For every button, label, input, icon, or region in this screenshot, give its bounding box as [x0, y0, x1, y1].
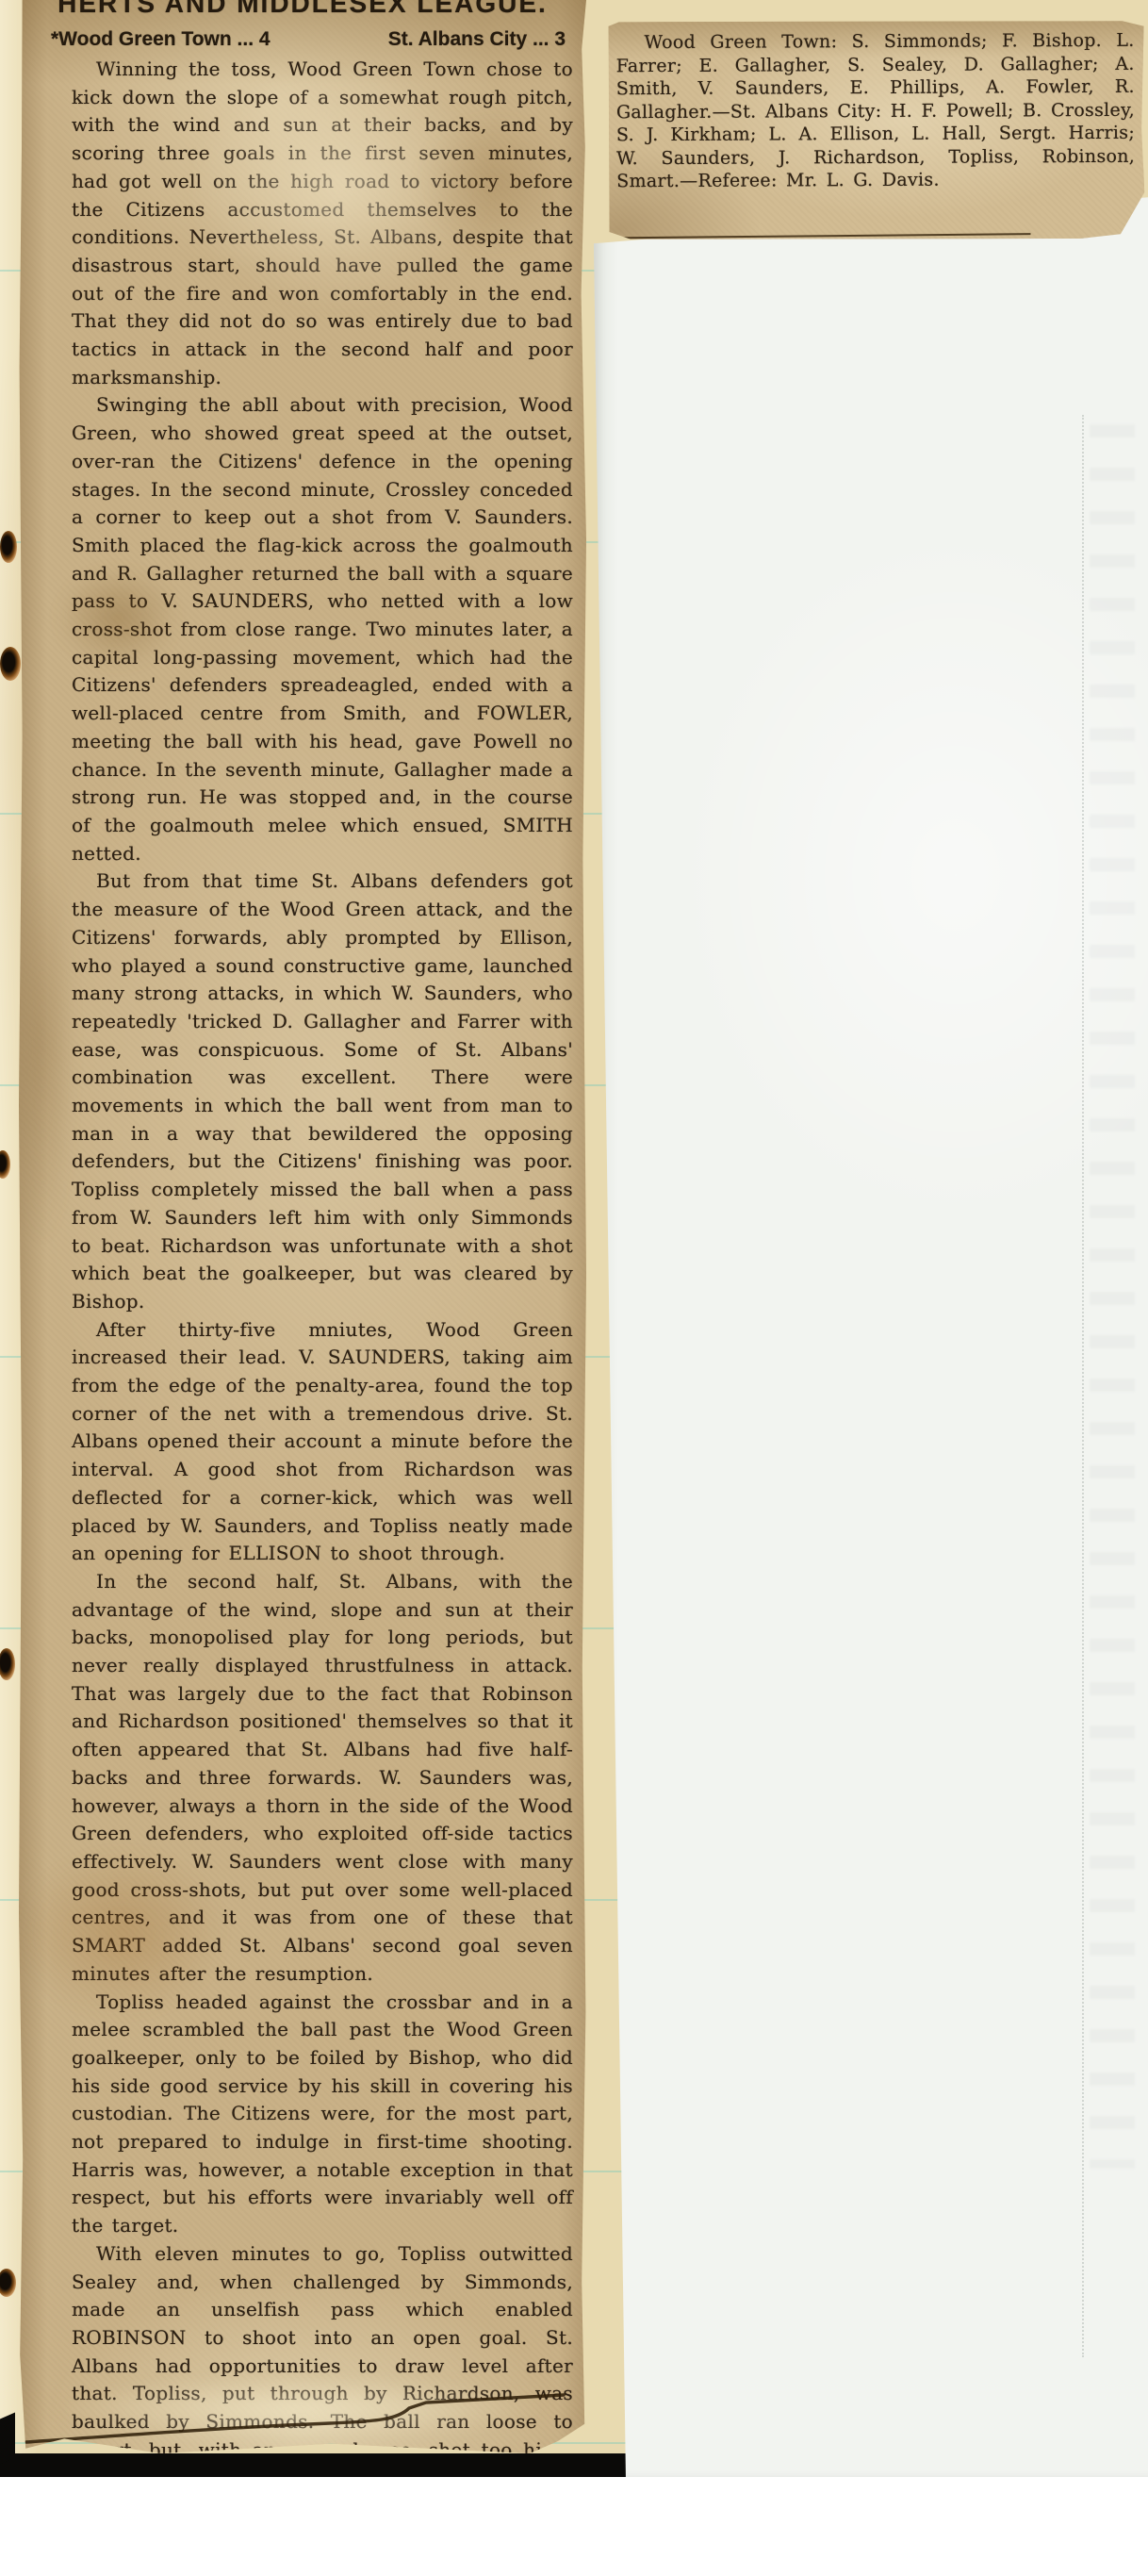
article-paragraph: Topliss headed against the crossbar and … [72, 1989, 573, 2240]
black-backing-band [0, 2453, 630, 2477]
article-paragraph: But from that time St. Albans defenders … [72, 867, 573, 1315]
score-away: St. Albans City ... 3 [388, 26, 566, 53]
match-report-clipping: HERTS AND MIDDLESEX LEAGUE. *Wood Green … [19, 0, 586, 2453]
article-paragraph: Winning the toss, Wood Green Town chose … [72, 56, 573, 391]
show-through-dotted-line [1082, 415, 1084, 2357]
clipping-edge-line [613, 233, 1030, 239]
ink-blot [0, 647, 21, 681]
show-through-ghost-text [1090, 424, 1135, 2169]
league-heading: HERTS AND MIDDLESEX LEAGUE. [19, 0, 586, 20]
article-paragraph: After thirty-five mniutes, Wood Green in… [72, 1316, 573, 1568]
bottom-crease-line [19, 2386, 584, 2452]
team-lineups-text: Wood Green Town: S. Simmonds; F. Bishop.… [608, 20, 1144, 193]
black-backing-wedge [0, 2412, 15, 2464]
team-lineups-clipping: Wood Green Town: S. Simmonds; F. Bishop.… [608, 20, 1144, 240]
ink-blot [0, 531, 17, 563]
white-overlay-page [594, 189, 1148, 2477]
score-line: *Wood Green Town ... 4 St. Albans City .… [19, 22, 586, 53]
score-home: *Wood Green Town ... 4 [51, 26, 271, 53]
article-body: Winning the toss, Wood Green Town chose … [19, 53, 586, 2477]
article-paragraph: Swinging the abll about with precision, … [72, 391, 573, 867]
article-paragraph: In the second half, St. Albans, with the… [72, 1568, 573, 1989]
headline-crop: HERTS AND MIDDLESEX LEAGUE. [19, 0, 586, 22]
